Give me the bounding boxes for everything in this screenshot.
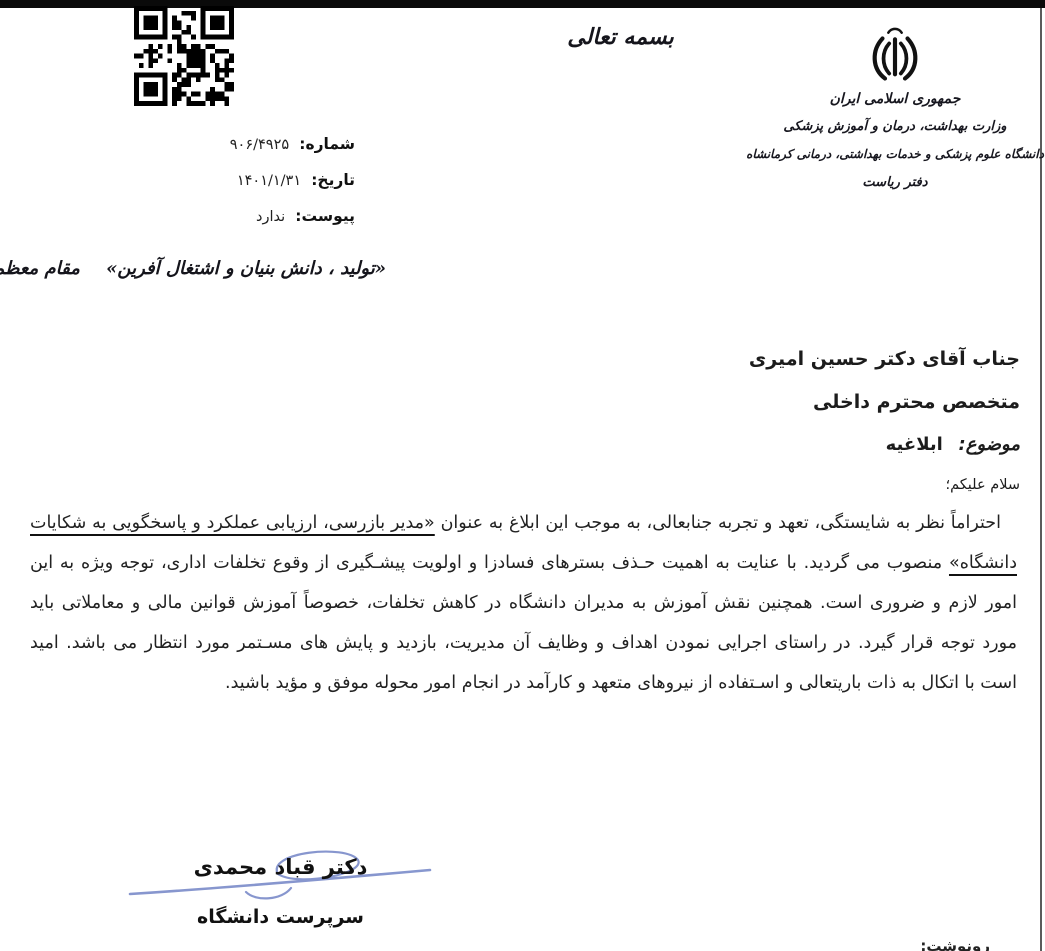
meta-number-row: شماره: ۹۰۶/۴۹۲۵ — [190, 133, 355, 156]
slogan-quote: «تولید ، دانش بنیان و اشتغال آفرین» — [106, 258, 386, 279]
recipient-title: متخصص محترم داخلی — [749, 393, 1020, 412]
signer-title: سرپرست دانشگاه — [128, 906, 433, 928]
iran-emblem-icon — [870, 26, 920, 86]
recipient-name: جناب آقای دکتر حسین امیری — [749, 350, 1020, 369]
org-line-country: جمهوری اسلامی ایران — [745, 92, 1045, 106]
letterhead: جمهوری اسلامی ایران وزارت بهداشت، درمان … — [745, 26, 1045, 189]
recipient-block: جناب آقای دکتر حسین امیری متخصص محترم دا… — [749, 350, 1020, 493]
body-part1: احتراماً نظر به شایستگی، تعهد و تجربه جن… — [435, 513, 1001, 533]
number-value: ۹۰۶/۴۹۲۵ — [230, 137, 289, 153]
letter-body: احتراماً نظر به شایستگی، تعهد و تجربه جن… — [30, 503, 1017, 703]
bismillah-calligraphy: بسمه تعالی — [548, 24, 693, 50]
letter-meta: شماره: ۹۰۶/۴۹۲۵ تاریخ: ۱۴۰۱/۱/۳۱ پیوست: … — [190, 133, 355, 241]
number-label: شماره: — [299, 135, 355, 153]
attachment-value: ندارد — [256, 209, 285, 225]
slogan-attribution: مقام معظم رهبری — [0, 258, 80, 279]
cc-label-cutoff: رونوشت: — [920, 937, 990, 951]
scanned-letter-page: بسمه تعالی جمهوری اسلامی ایران وزارت بهد… — [0, 0, 1045, 951]
salutation: سلام علیکم؛ — [749, 477, 1020, 493]
attachment-label: پیوست: — [295, 207, 355, 225]
meta-date-row: تاریخ: ۱۴۰۱/۱/۳۱ — [190, 169, 355, 192]
org-line-university: دانشگاه علوم پزشکی و خدمات بهداشتی، درما… — [745, 148, 1045, 160]
body-part2: منصوب می گردید. با عنایت به اهمیت حـذف ب… — [30, 553, 1017, 693]
org-line-ministry: وزارت بهداشت، درمان و آموزش پزشکی — [745, 120, 1045, 133]
org-line-office: دفتر ریاست — [745, 176, 1045, 189]
qr-code — [131, 6, 237, 106]
meta-attachment-row: پیوست: ندارد — [190, 205, 355, 228]
year-slogan: «تولید ، دانش بنیان و اشتغال آفرین» مقام… — [14, 258, 386, 279]
subject-value: ابلاغیه — [886, 434, 943, 455]
subject-line: موضوع: ابلاغیه — [749, 436, 1020, 454]
signer-name: دکتر قباد محمدی — [128, 855, 433, 879]
subject-label: موضوع: — [959, 434, 1020, 455]
signature-block: دکتر قباد محمدی سرپرست دانشگاه — [128, 840, 433, 950]
date-value: ۱۴۰۱/۱/۳۱ — [237, 173, 301, 189]
date-label: تاریخ: — [311, 171, 355, 189]
